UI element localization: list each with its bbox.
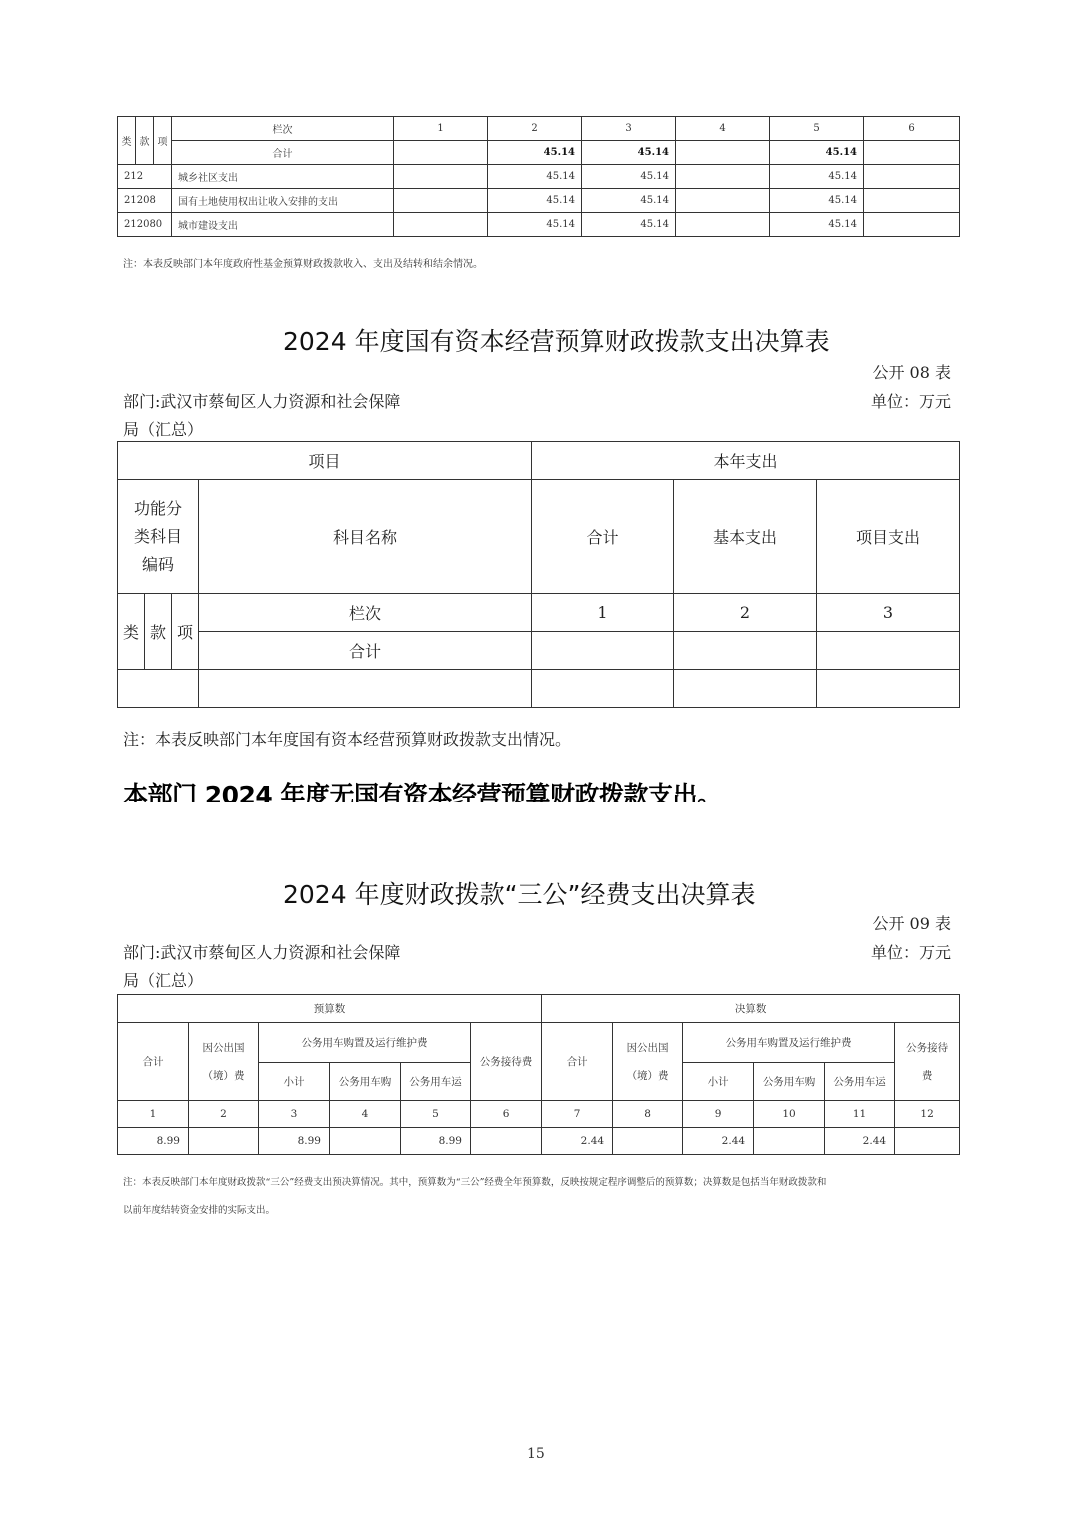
section3-table-no: 公开 09 表	[872, 911, 951, 934]
final-car-buy: 公务用车购	[754, 1063, 825, 1101]
value-cell	[895, 1128, 960, 1155]
budget-abroad: 因公出国 （境）费	[189, 1023, 259, 1101]
table1-note: 注：本表反映部门本年度政府性基金预算财政拨款收入、支出及结转和结余情况。	[123, 255, 483, 270]
row-value: 45.14	[488, 189, 582, 213]
row-code	[118, 670, 199, 708]
state-capital-table: 项目 本年支出 功能分 类科目 编码 科目名称 合计 基本支出 项目支出 类 款…	[117, 441, 960, 708]
row-value: 45.14	[488, 213, 582, 237]
header-project: 项目支出	[817, 480, 960, 594]
col-12: 12	[895, 1101, 960, 1128]
section2-table-no: 公开 08 表	[872, 360, 951, 383]
value-cell: 8.99	[259, 1128, 330, 1155]
row-value	[676, 213, 770, 237]
value-cell: 8.99	[118, 1128, 189, 1155]
total-value	[864, 141, 960, 165]
total-value	[394, 141, 488, 165]
header-subject-name: 科目名称	[199, 480, 532, 594]
total-value: 45.14	[770, 141, 864, 165]
row-value	[864, 165, 960, 189]
section2-title: 2024 年度国有资本经营预算财政拨款支出决算表	[283, 322, 830, 358]
section2-dept: 部门:武汉市蔡甸区人力资源和社会保障	[123, 389, 400, 412]
header-xiang: 项	[172, 594, 199, 670]
value-cell	[471, 1128, 542, 1155]
total-value	[676, 141, 770, 165]
header-func-code: 功能分 类科目 编码	[118, 480, 199, 594]
col-11: 11	[825, 1101, 895, 1128]
row-name: 城市建设支出	[172, 213, 394, 237]
func-code-line: 功能分	[118, 495, 198, 523]
table-row	[118, 670, 960, 708]
abroad-line: （境）费	[613, 1062, 682, 1090]
header-xiang: 项	[154, 117, 172, 165]
value-cell	[330, 1128, 401, 1155]
col-6: 6	[864, 117, 960, 141]
header-lanci: 栏次	[172, 117, 394, 141]
abroad-line: （境）费	[189, 1062, 258, 1090]
total-label: 合计	[172, 141, 394, 165]
header-row: 功能分 类科目 编码 科目名称 合计 基本支出 项目支出	[118, 480, 960, 594]
value-cell: 2.44	[683, 1128, 754, 1155]
value-cell: 2.44	[542, 1128, 613, 1155]
row-name: 城乡社区支出	[172, 165, 394, 189]
reception-line: 费	[895, 1062, 959, 1090]
row-value	[394, 189, 488, 213]
col-1: 1	[394, 117, 488, 141]
header-lei: 类	[118, 117, 136, 165]
budget-car-buy: 公务用车购	[330, 1063, 401, 1101]
government-fund-table: 类 款 项 栏次 1 2 3 4 5 6 合计 45.14 45.14 45.1…	[117, 116, 960, 237]
budget-total: 合计	[118, 1023, 189, 1101]
table-row: 21208 国有土地使用权出让收入安排的支出 45.14 45.14 45.14	[118, 189, 960, 213]
header-current-year: 本年支出	[532, 442, 960, 480]
row-name: 国有土地使用权出让收入安排的支出	[172, 189, 394, 213]
header-item: 项目	[118, 442, 532, 480]
row-value: 45.14	[582, 165, 676, 189]
final-total: 合计	[542, 1023, 613, 1101]
total-value	[674, 632, 817, 670]
abroad-line: 因公出国	[613, 1034, 682, 1062]
row-value	[864, 213, 960, 237]
final-subtotal: 小计	[683, 1063, 754, 1101]
section2-note: 注：本表反映部门本年度国有资本经营预算财政拨款支出情况。	[123, 727, 571, 750]
func-code-line: 类科目	[118, 523, 198, 551]
row-value	[864, 189, 960, 213]
col-3: 3	[582, 117, 676, 141]
col-5: 5	[401, 1101, 471, 1128]
header-row: 预算数 决算数	[118, 995, 960, 1023]
final-abroad: 因公出国 （境）费	[613, 1023, 683, 1101]
col-1: 1	[118, 1101, 189, 1128]
total-row: 合计 45.14 45.14 45.14	[118, 141, 960, 165]
row-value: 45.14	[770, 165, 864, 189]
section3-title: 2024 年度财政拨款“三公”经费支出决算表	[283, 875, 755, 911]
header-budget: 预算数	[118, 995, 542, 1023]
row-value	[674, 670, 817, 708]
header-kuan: 款	[145, 594, 172, 670]
page-number: 15	[527, 1446, 545, 1462]
col-4: 4	[676, 117, 770, 141]
row-value: 45.14	[488, 165, 582, 189]
col-5: 5	[770, 117, 864, 141]
col-9: 9	[683, 1101, 754, 1128]
col-1: 1	[532, 594, 674, 632]
budget-car-run: 公务用车运	[401, 1063, 471, 1101]
col-10: 10	[754, 1101, 825, 1128]
value-row: 8.99 8.99 8.99 2.44 2.44 2.44	[118, 1128, 960, 1155]
lanci-row: 1 2 3 4 5 6 7 8 9 10 11 12	[118, 1101, 960, 1128]
col-4: 4	[330, 1101, 401, 1128]
row-name	[199, 670, 532, 708]
abroad-line: 因公出国	[189, 1034, 258, 1062]
header-row: 项目 本年支出	[118, 442, 960, 480]
budget-reception: 公务接待费	[471, 1023, 542, 1101]
row-value: 45.14	[582, 213, 676, 237]
row-value	[394, 213, 488, 237]
lanci-label: 栏次	[199, 594, 532, 632]
func-code-line: 编码	[118, 551, 198, 579]
header-kuan: 款	[136, 117, 154, 165]
row-code: 21208	[118, 189, 172, 213]
total-value	[817, 632, 960, 670]
table-row: 212080 城市建设支出 45.14 45.14 45.14	[118, 213, 960, 237]
section3-note-line2: 以前年度结转资金安排的实际支出。	[123, 1202, 275, 1216]
header-basic: 基本支出	[674, 480, 817, 594]
row-value	[817, 670, 960, 708]
section2-dept-cont: 局（汇总）	[123, 417, 203, 440]
budget-subtotal: 小计	[259, 1063, 330, 1101]
section2-unit: 单位：万元	[871, 389, 951, 412]
row-value: 45.14	[770, 189, 864, 213]
total-label: 合计	[199, 632, 532, 670]
section3-dept: 部门:武汉市蔡甸区人力资源和社会保障	[123, 940, 400, 963]
col-6: 6	[471, 1101, 542, 1128]
row-value: 45.14	[770, 213, 864, 237]
header-total: 合计	[532, 480, 674, 594]
value-cell: 2.44	[825, 1128, 895, 1155]
budget-car: 公务用车购置及运行维护费	[259, 1023, 471, 1063]
final-car: 公务用车购置及运行维护费	[683, 1023, 895, 1063]
section3-dept-cont: 局（汇总）	[123, 968, 203, 991]
col-3: 3	[817, 594, 960, 632]
total-row: 合计	[118, 632, 960, 670]
col-2: 2	[189, 1101, 259, 1128]
final-car-run: 公务用车运	[825, 1063, 895, 1101]
col-2: 2	[674, 594, 817, 632]
section3-unit: 单位：万元	[871, 940, 951, 963]
row-code: 212080	[118, 213, 172, 237]
lanci-row: 类 款 项 栏次 1 2 3	[118, 594, 960, 632]
col-7: 7	[542, 1101, 613, 1128]
row-code: 212	[118, 165, 172, 189]
table-row: 212 城乡社区支出 45.14 45.14 45.14	[118, 165, 960, 189]
col-2: 2	[488, 117, 582, 141]
total-value: 45.14	[582, 141, 676, 165]
header-row: 类 款 项 栏次 1 2 3 4 5 6	[118, 117, 960, 141]
value-cell	[189, 1128, 259, 1155]
row-value: 45.14	[582, 189, 676, 213]
col-8: 8	[613, 1101, 683, 1128]
row-value	[394, 165, 488, 189]
row-value	[532, 670, 674, 708]
reception-line: 公务接待	[895, 1034, 959, 1062]
final-reception: 公务接待 费	[895, 1023, 960, 1101]
three-public-expenses-table: 预算数 决算数 合计 因公出国 （境）费 公务用车购置及运行维护费 公务接待费 …	[117, 994, 960, 1155]
row-value	[676, 165, 770, 189]
value-cell: 8.99	[401, 1128, 471, 1155]
total-value	[532, 632, 674, 670]
header-lei: 类	[118, 594, 145, 670]
header-row: 合计 因公出国 （境）费 公务用车购置及运行维护费 公务接待费 合计 因公出国 …	[118, 1023, 960, 1063]
col-3: 3	[259, 1101, 330, 1128]
total-value: 45.14	[488, 141, 582, 165]
row-value	[676, 189, 770, 213]
value-cell	[613, 1128, 683, 1155]
value-cell	[754, 1128, 825, 1155]
section3-note-line1: 注：本表反映部门本年度财政拨款“三公”经费支出预决算情况。其中，预算数为“三公”…	[123, 1174, 963, 1188]
header-final: 决算数	[542, 995, 960, 1023]
section2-statement: 本部门 2024 年度无国有资本经营预算财政拨款支出。	[123, 776, 722, 802]
